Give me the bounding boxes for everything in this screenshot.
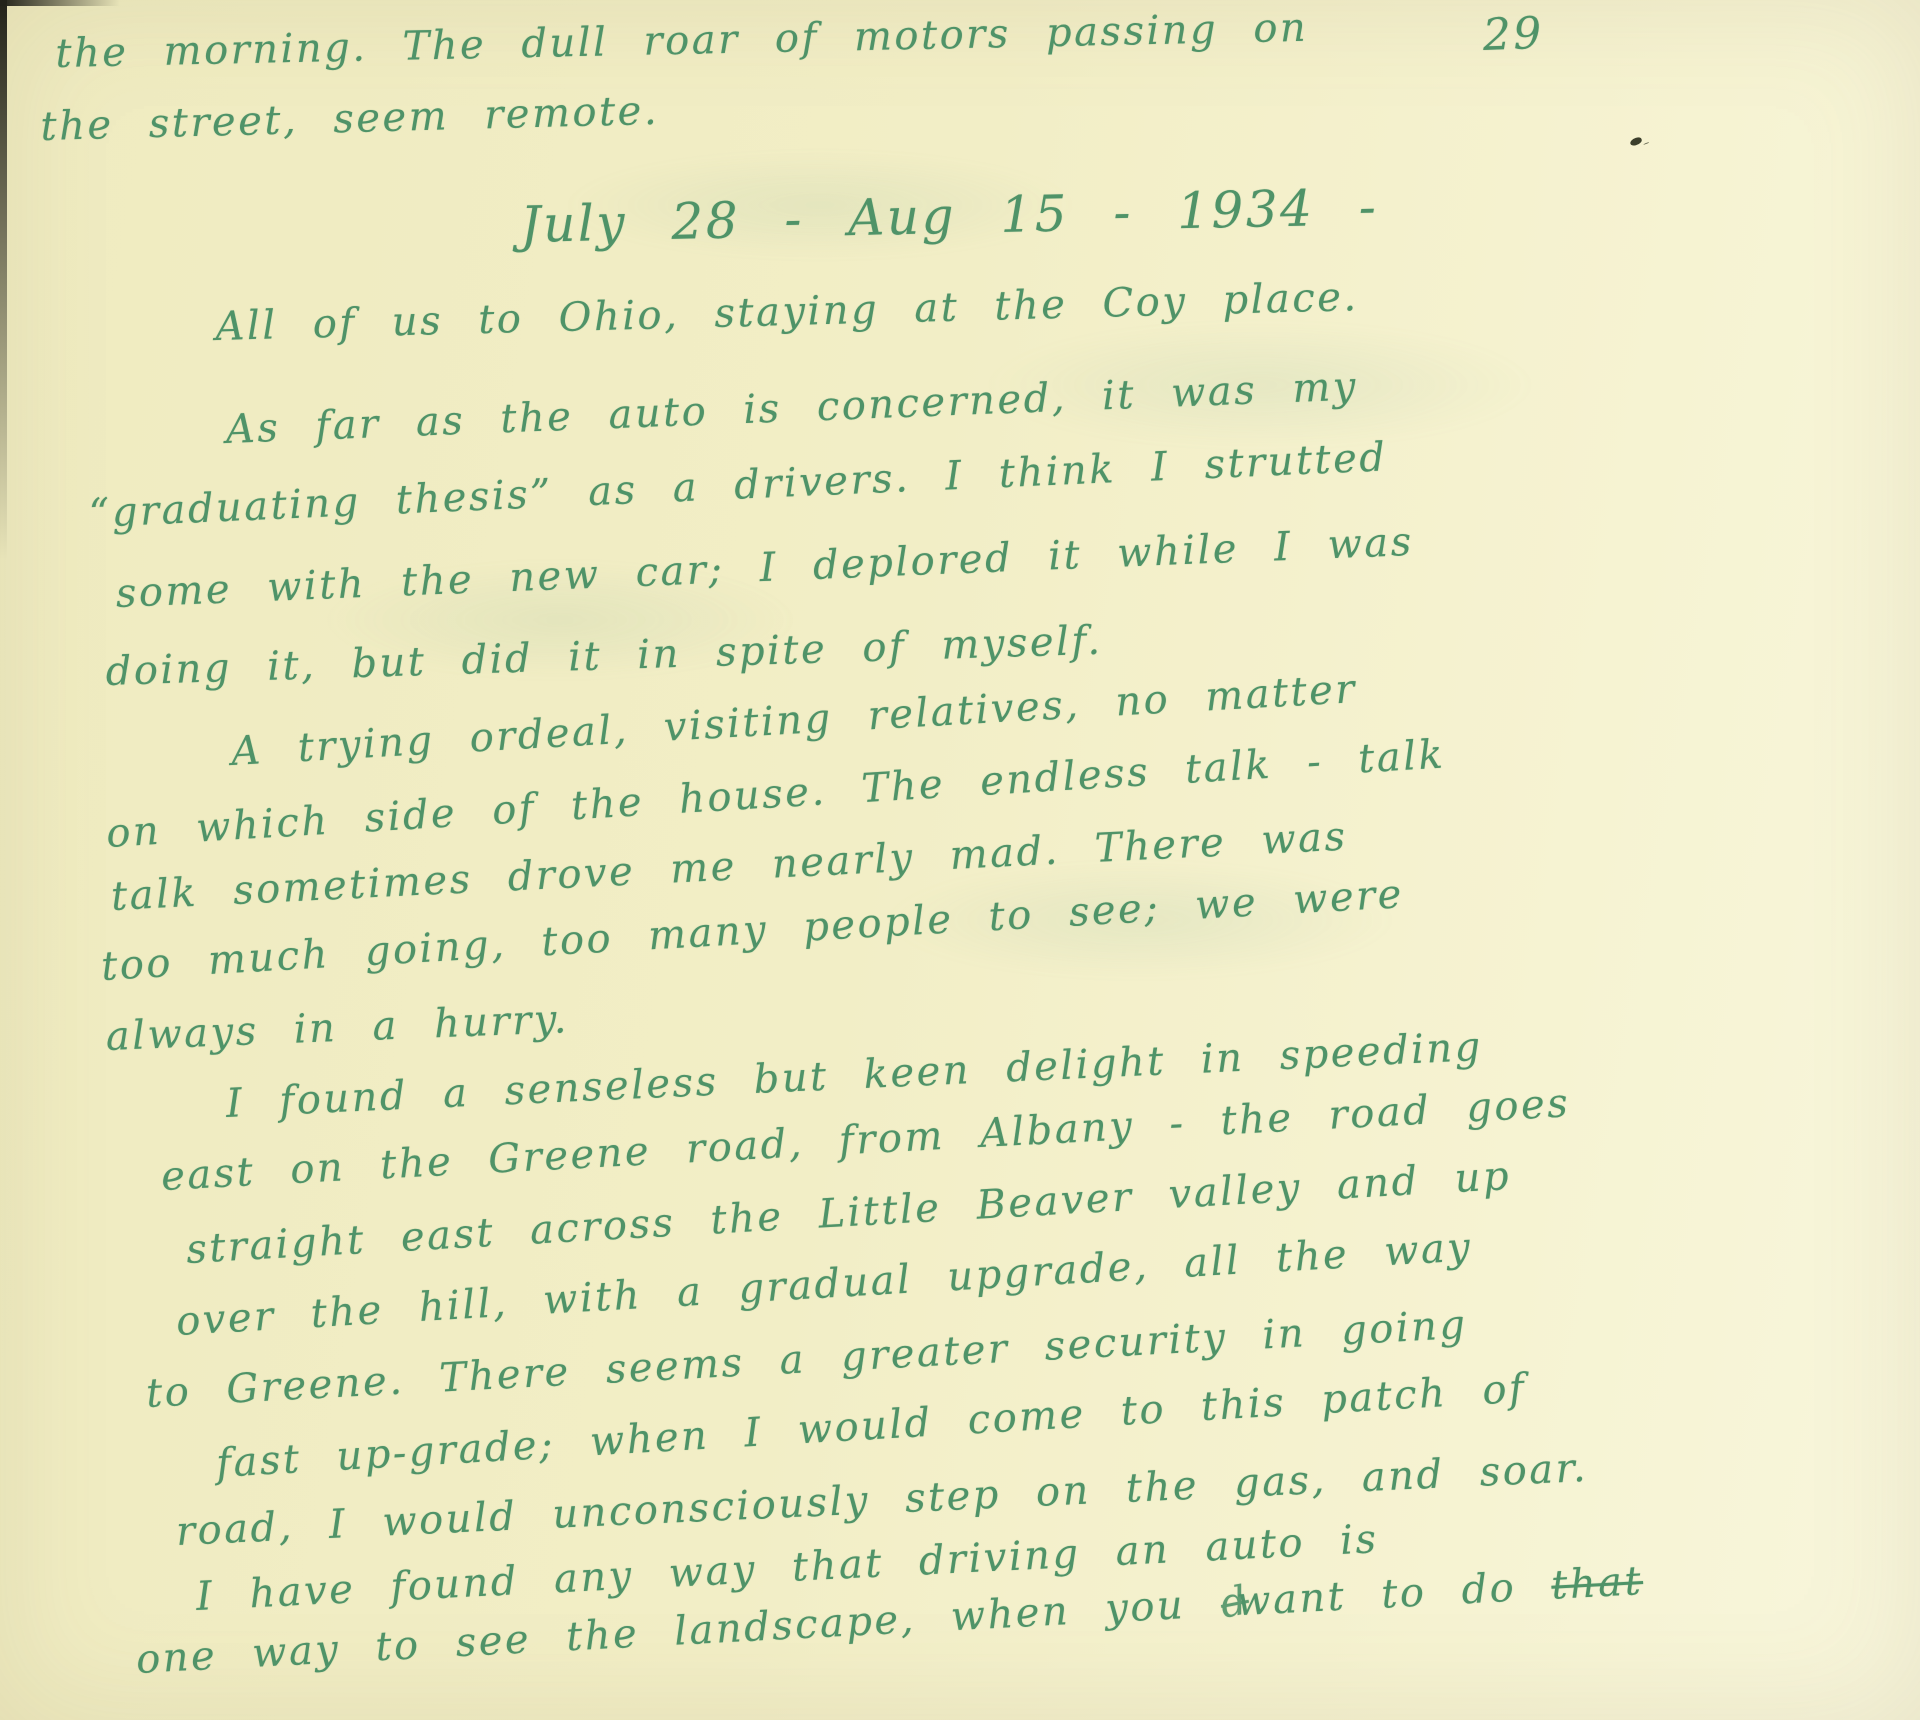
diary-line: the morning. The dull roar of motors pas… (55, 6, 1309, 76)
crossed-out-word: that (1550, 1558, 1644, 1609)
diary-line: As far as the auto is concerned, it was … (225, 365, 1359, 452)
diary-line: some with the new car; I deplored it whi… (115, 520, 1414, 616)
diary-line: the street, seem remote. (40, 89, 660, 149)
diary-page: 29 the morning. The dull roar of motors … (0, 0, 1920, 1720)
last-line-text: want to do (1235, 1563, 1552, 1625)
page-number: 29 (1482, 10, 1545, 60)
diary-line: always in a hurry. (105, 997, 570, 1059)
scan-edge-left (0, 0, 7, 560)
date-heading: July 28 - Aug 15 - 1934 - (520, 180, 1379, 253)
diary-line: doing it, but did it in spite of myself. (105, 619, 1103, 694)
scan-edge-top (0, 0, 120, 6)
diary-line: All of us to Ohio, staying at the Coy pl… (215, 275, 1359, 349)
ink-blot (1629, 136, 1643, 146)
